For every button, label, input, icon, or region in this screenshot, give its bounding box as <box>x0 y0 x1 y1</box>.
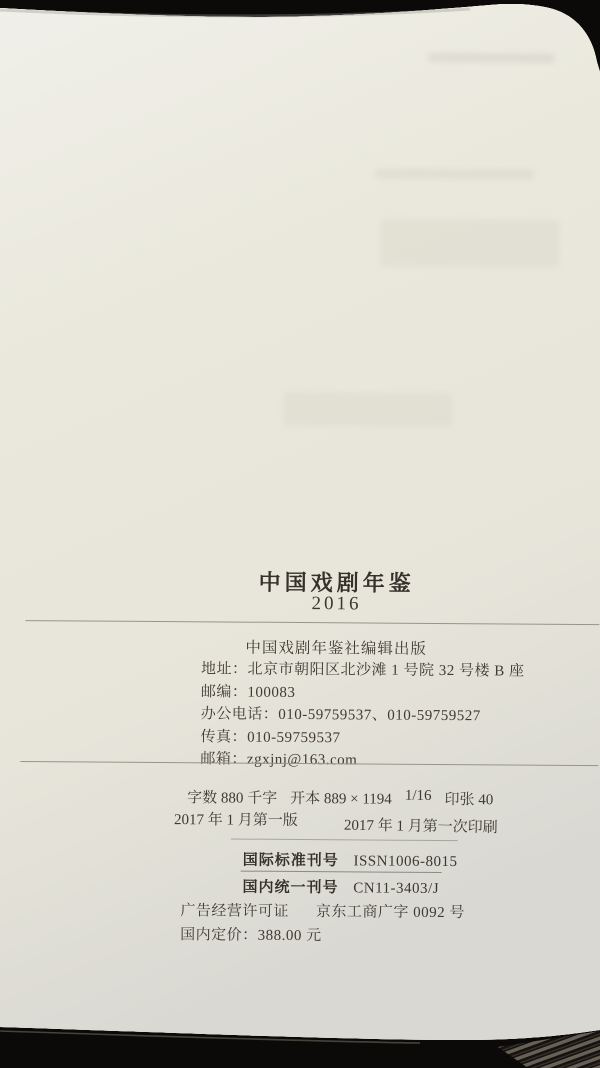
bleedthrough-smudge <box>283 392 453 427</box>
office-phone-row: 办公电话：010-59759537、010-59759527 <box>201 703 525 728</box>
ad-license-row: 广告经营许可证京东工商广字 0092 号 <box>180 899 465 922</box>
book-page-photo: 中国戏剧年鉴 2016 中国戏剧年鉴社编辑出版 地址：北京市朝阳区北沙滩 1 号… <box>0 0 600 1068</box>
format-size: 开本 889 × 1194 <box>290 787 392 809</box>
publisher-contact-rows: 地址：北京市朝阳区北沙滩 1 号院 32 号楼 B 座 邮编：100083 办公… <box>200 658 524 773</box>
horizontal-rule-under-title <box>25 620 599 625</box>
bleedthrough-smudge <box>380 219 560 268</box>
price-text: 国内定价：388.00 元 <box>180 927 322 944</box>
issn-table-top-rule <box>231 839 458 842</box>
address-value: 北京市朝阳区北沙滩 1 号院 32 号楼 B 座 <box>248 662 525 680</box>
postcode-value: 100083 <box>247 684 295 700</box>
ad-license-number: 京东工商广字 0092 号 <box>316 904 465 921</box>
fax-label: 传真： <box>201 729 248 745</box>
fax-value: 010-59759537 <box>247 729 341 746</box>
email-label: 邮箱： <box>200 751 247 767</box>
issn-row: 国际标准刊号 ISSN1006-8015 <box>243 849 458 871</box>
cn-number-row: 国内统一刊号 CN11-3403/J <box>242 876 439 898</box>
printed-sheets: 印张 40 <box>444 788 493 809</box>
edition-year: 2016 <box>71 591 600 617</box>
format-fraction: 1/16 <box>405 788 432 809</box>
price-row: 国内定价：388.00 元 <box>180 923 322 945</box>
edition-statement: 2017 年 1 月第一版 <box>174 808 298 830</box>
publisher-line: 中国戏剧年鉴社编辑出版 <box>71 634 600 660</box>
office-phone-value: 010-59759537、010-59759527 <box>278 707 481 724</box>
address-row: 地址：北京市朝阳区北沙滩 1 号院 32 号楼 B 座 <box>201 658 525 683</box>
cn-number: CN11-3403/J <box>353 880 439 897</box>
bleedthrough-smudge <box>427 53 555 63</box>
ad-license-label: 广告经营许可证 <box>180 903 289 920</box>
word-count: 字数 880 千字 <box>187 786 277 808</box>
issn-label: 国际标准刊号 <box>243 852 339 870</box>
postcode-row: 邮编：100083 <box>201 681 525 706</box>
printed-content: 中国戏剧年鉴 2016 中国戏剧年鉴社编辑出版 地址：北京市朝阳区北沙滩 1 号… <box>0 0 600 1068</box>
cn-label: 国内统一刊号 <box>242 879 338 897</box>
email-value: zgxjnj@163.com <box>247 752 357 769</box>
bleedthrough-smudge <box>374 169 534 180</box>
office-phone-label: 办公电话： <box>201 706 279 723</box>
impression-statement: 2017 年 1 月第一次印刷 <box>344 814 498 837</box>
fax-row: 传真：010-59759537 <box>201 726 525 751</box>
postcode-label: 邮编： <box>201 684 248 700</box>
address-label: 地址： <box>201 661 248 677</box>
printing-specs-row: 字数 880 千字 开本 889 × 1194 1/16 印张 40 <box>187 786 493 809</box>
issn-table-middle-rule <box>241 871 442 873</box>
email-row: 邮箱：zgxjnj@163.com <box>200 748 524 773</box>
issn-number: ISSN1006-8015 <box>353 853 457 870</box>
